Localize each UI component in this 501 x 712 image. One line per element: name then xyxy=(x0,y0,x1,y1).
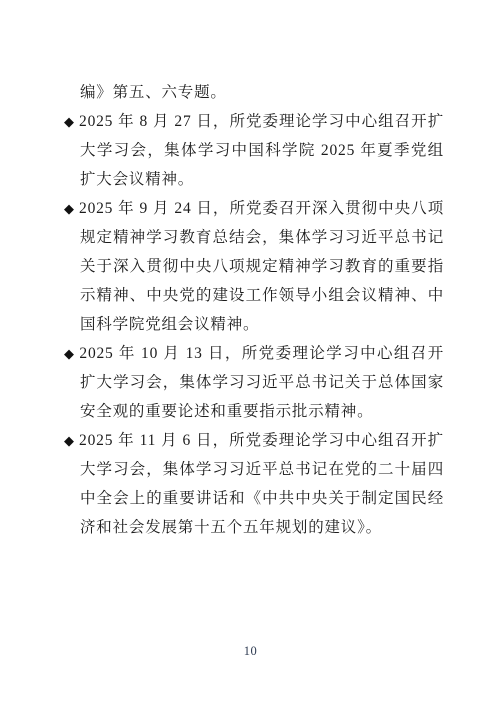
bullet-item: ◆2025 年 9 月 24 日，所党委召开深入贯彻中央八项规定精神学习教育总结… xyxy=(64,194,444,339)
bullet-item: ◆2025 年 10 月 13 日，所党委理论学习中心组召开扩大学习会，集体学习… xyxy=(64,339,444,426)
page-number: 10 xyxy=(0,644,501,659)
diamond-bullet-icon: ◆ xyxy=(64,201,75,216)
document-body: 编》第五、六专题。 ◆2025 年 8 月 27 日，所党委理论学习中心组召开扩… xyxy=(64,78,444,542)
diamond-bullet-icon: ◆ xyxy=(64,433,75,448)
bullet-text: 2025 年 9 月 24 日，所党委召开深入贯彻中央八项规定精神学习教育总结会… xyxy=(79,200,444,333)
document-page: 编》第五、六专题。 ◆2025 年 8 月 27 日，所党委理论学习中心组召开扩… xyxy=(0,0,501,712)
bullet-text: 2025 年 10 月 13 日，所党委理论学习中心组召开扩大学习会，集体学习习… xyxy=(79,345,444,420)
diamond-bullet-icon: ◆ xyxy=(64,114,75,129)
bullet-text: 2025 年 8 月 27 日，所党委理论学习中心组召开扩大学习会，集体学习中国… xyxy=(79,113,444,188)
diamond-bullet-icon: ◆ xyxy=(64,346,75,361)
bullet-item: ◆2025 年 8 月 27 日，所党委理论学习中心组召开扩大学习会，集体学习中… xyxy=(64,107,444,194)
continuation-text: 编》第五、六专题。 xyxy=(64,78,444,107)
bullet-text: 2025 年 11 月 6 日，所党委理论学习中心组召开扩大学习会，集体学习习近… xyxy=(79,432,444,536)
bullet-item: ◆2025 年 11 月 6 日，所党委理论学习中心组召开扩大学习会，集体学习习… xyxy=(64,426,444,542)
